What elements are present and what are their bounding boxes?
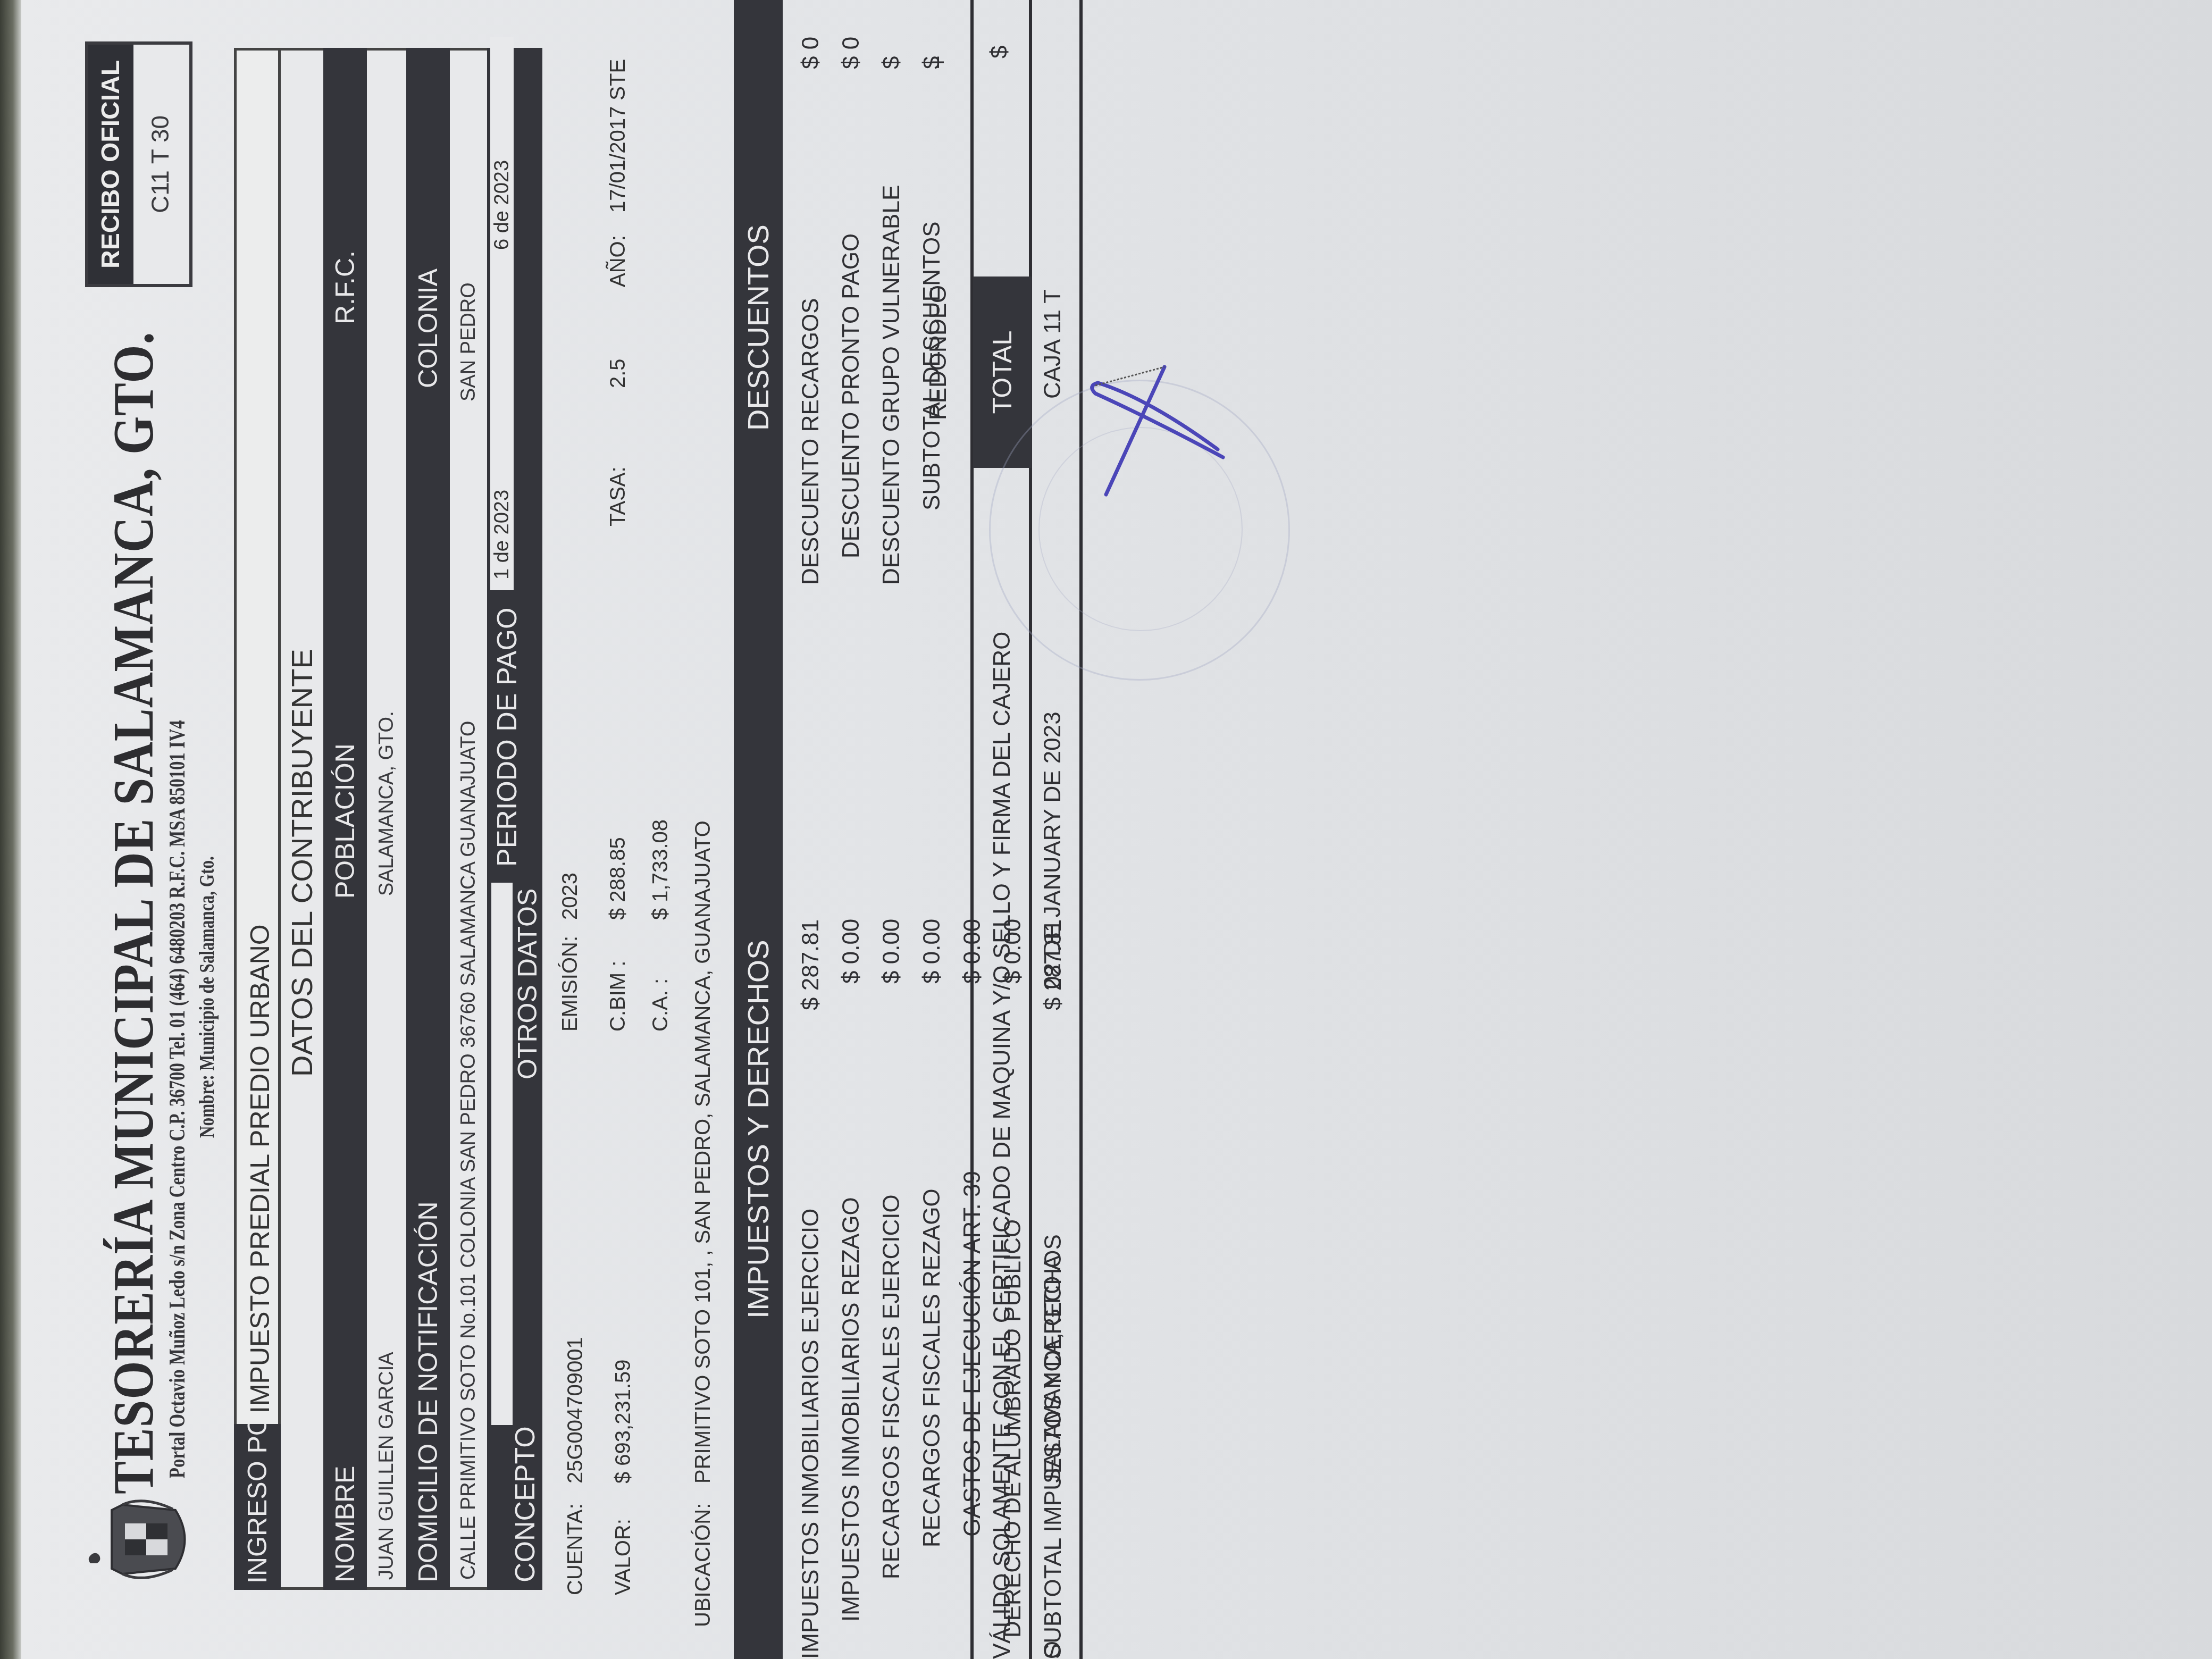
descuento-label: DESCUENTO RECARGOS — [798, 298, 824, 585]
cuenta-label: CUENTA: — [564, 1503, 588, 1595]
lugar-fecha-prefix: O — [1040, 1641, 1066, 1659]
domicilio-label: DOMICILIO DE NOTIFICACIÓN — [406, 1201, 450, 1582]
concepto-label: CONCEPTO — [508, 1426, 542, 1582]
footer-rule-middle — [1029, 0, 1032, 1659]
ingreso-label: INGRESO POR — [234, 1424, 281, 1590]
impuesto-amount: $ 0.00 — [838, 919, 865, 984]
handwritten-signature-icon — [1074, 340, 1234, 500]
impuesto-label: RECARGOS FISCALES EJERCICIO — [878, 1194, 905, 1579]
descuento-amount: $ 0 — [798, 37, 824, 69]
ubicacion-label: UBICACIÓN: — [691, 1503, 715, 1627]
descuentos-title: DESCUENTOS — [734, 224, 783, 431]
poblacion-label: POBLACIÓN — [323, 743, 367, 899]
cbim-value: $ 288.85 — [606, 837, 630, 920]
ingreso-value: IMPUESTO PREDIAL PREDIO URBANO — [234, 48, 281, 1424]
contribuyente-section-title: DATOS DEL CONTRIBUYENTE — [281, 649, 323, 1077]
page-title: TESORERÍA MUNICIPAL DE SALAMANCA, GTO. — [101, 332, 167, 1494]
impuestos-title: IMPUESTOS Y DERECHOS — [734, 940, 783, 1319]
nombre-value: JUAN GUILLEN GARCIA — [367, 1352, 406, 1580]
rfc-label: R.F.C. — [323, 250, 367, 324]
footer-rule-bottom — [1079, 0, 1083, 1659]
cuenta-value: 25G004709001 — [564, 1337, 588, 1484]
concepto-periodo-row: CONCEPTO PERIODO DE PAGO 1 de 2023 6 de … — [487, 48, 542, 1590]
nombre-label: NOMBRE — [323, 1466, 367, 1582]
receipt-sheet: TESORERÍA MUNICIPAL DE SALAMANCA, GTO. P… — [21, 0, 2212, 1659]
cbim-label: C.BIM : — [606, 961, 630, 1032]
descuento-amount: $ — [878, 56, 905, 69]
nombre-header-row: NOMBRE POBLACIÓN R.F.C. — [323, 48, 367, 1590]
ca-label: C.A. : — [649, 978, 673, 1032]
ca-value: $ 1,733.08 — [649, 819, 673, 920]
fecha: 02 DE JANUARY DE 2023 — [1040, 711, 1066, 989]
footer-rule-top — [970, 0, 974, 1659]
ingreso-row: INGRESO POR IMPUESTO PREDIAL PREDIO URBA… — [234, 48, 281, 1590]
total-label: TOTAL — [987, 331, 1017, 414]
section-header-bar: IMPUESTOS Y DERECHOS DESCUENTOS — [734, 0, 783, 1659]
recibo-folio: C11 T 30 — [133, 45, 187, 284]
impuesto-amount: $ 0.00 — [919, 919, 945, 984]
impuesto-label: IMPUESTOS INMOBILIARIOS REZAGO — [838, 1197, 865, 1622]
contribuyente-title-row: DATOS DEL CONTRIBUYENTE — [281, 48, 323, 1590]
emision-label: EMISIÓN: — [558, 936, 582, 1032]
tasa-value: 2.5 — [606, 358, 630, 388]
descuento-amount: $ 0 — [838, 37, 865, 69]
valor-value: $ 693,231.59 — [611, 1359, 635, 1484]
concepto-value-box — [491, 883, 513, 1425]
periodo-label: PERIODO DE PAGO — [490, 608, 524, 867]
ubicacion-value: PRIMITIVO SOTO 101, , SAN PEDRO, SALAMAN… — [691, 820, 715, 1484]
impuesto-label: IMPUESTOS INMOBILIARIOS EJERCICIO — [798, 1208, 824, 1659]
validez-notice: VÁLIDO SOLAMENTE CON EL CERTIFICADO DE M… — [989, 632, 1016, 1659]
redondeo-sign: + — [925, 55, 952, 69]
poblacion-value: SALAMANCA, GTO. — [367, 711, 406, 896]
periodo-hasta: 6 de 2023 — [490, 37, 514, 282]
recibo-title: RECIBO OFICIAL — [88, 45, 133, 284]
domicilio-value-row: CALLE PRIMITIVO SOTO No.101 COLONIA SAN … — [450, 48, 487, 1590]
tasa-label: TASA: — [606, 466, 630, 526]
impuesto-amount: $ 287.81 — [798, 919, 824, 1010]
periodo-desde: 1 de 2023 — [490, 282, 514, 590]
taxpayer-table: INGRESO POR IMPUESTO PREDIAL PREDIO URBA… — [234, 48, 542, 1590]
anio-value: 17/01/2017 STE — [606, 59, 630, 213]
issuer-name-line: Nombre: Municipio de Salamanca, Gto. — [194, 856, 219, 1138]
descuento-label: DESCUENTO PRONTO PAGO — [838, 233, 865, 558]
domicilio-value: CALLE PRIMITIVO SOTO No.101 COLONIA SAN … — [450, 720, 487, 1580]
recibo-oficial-box: RECIBO OFICIAL C11 T 30 — [85, 41, 192, 287]
impuesto-amount: $ 0.00 — [878, 919, 905, 984]
emision-value: 2023 — [558, 873, 582, 920]
colonia-label: COLONIA — [406, 269, 450, 388]
anio-label: AÑO: — [606, 235, 630, 287]
descuento-label: DESCUENTO GRUPO VULNERABLE — [878, 185, 905, 585]
lugar: SALAMANCA, GTO A — [1040, 1255, 1066, 1484]
colonia-value: SAN PEDRO — [450, 282, 487, 401]
municipal-coat-of-arms-icon — [85, 1494, 191, 1585]
total-value: $ — [986, 46, 1013, 58]
nombre-value-row: JUAN GUILLEN GARCIA SALAMANCA, GTO. — [367, 48, 406, 1590]
address-line: Portal Octavio Muñoz Ledo s/n Zona Centr… — [165, 720, 190, 1478]
redondeo-label: REDONDEO — [925, 285, 952, 420]
receipt-photo: TESORERÍA MUNICIPAL DE SALAMANCA, GTO. P… — [0, 0, 2212, 1659]
caja: CAJA 11 T — [1040, 289, 1066, 399]
impuesto-label: RECARGOS FISCALES REZAGO — [919, 1188, 945, 1547]
domicilio-header-row: DOMICILIO DE NOTIFICACIÓN COLONIA — [406, 48, 450, 1590]
otros-datos-title: OTROS DATOS — [513, 889, 542, 1079]
valor-label: VALOR: — [611, 1519, 635, 1595]
